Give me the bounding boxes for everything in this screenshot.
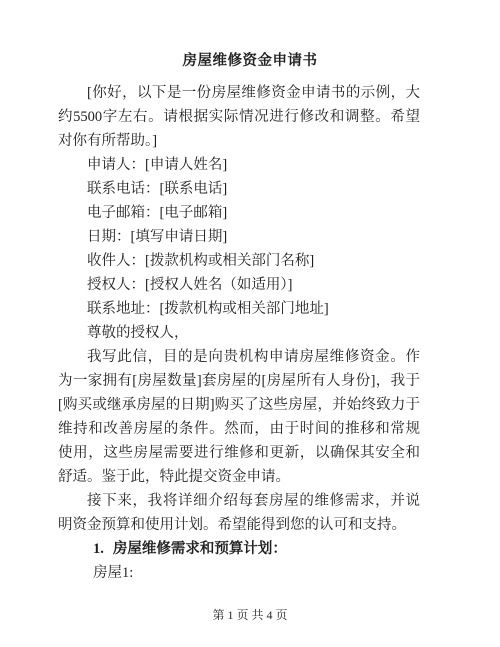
field-line-applicant: 申请人：[申请人姓名]: [58, 153, 420, 177]
page-number-indicator: 第 1 页 共 4 页: [0, 607, 500, 623]
field-line-authorizer: 授权人：[授权人姓名（如适用）]: [58, 273, 420, 297]
document-title: 房屋维修资金申请书: [0, 0, 500, 75]
section-heading: 1.房屋维修需求和预算计划：: [58, 537, 420, 561]
field-line-date: 日期：[填写申请日期]: [58, 225, 420, 249]
document-page: 房屋维修资金申请书 [你好，以下是一份房屋维修资金申请书的示例，大约5500字左…: [0, 0, 500, 647]
field-line-email: 电子邮箱：[电子邮箱]: [58, 201, 420, 225]
intro-note-paragraph: [你好，以下是一份房屋维修资金申请书的示例，大约5500字左右。请根据实际情况进…: [58, 81, 420, 153]
salutation-line: 尊敬的授权人，: [58, 321, 420, 345]
subsection-label-house-1: 房屋1:: [58, 561, 420, 585]
document-body: [你好，以下是一份房屋维修资金申请书的示例，大约5500字左右。请根据实际情况进…: [0, 75, 500, 585]
field-line-contact-address: 联系地址：[拨款机构或相关部门地址]: [58, 297, 420, 321]
body-paragraph-overview: 接下来，我将详细介绍每套房屋的维修需求，并说明资金预算和使用计划。希望能得到您的…: [58, 489, 420, 537]
body-paragraph-purpose: 我写此信，目的是向贵机构申请房屋维修资金。作为一家拥有[房屋数量]套房屋的[房屋…: [58, 345, 420, 489]
field-line-recipient: 收件人：[拨款机构或相关部门名称]: [58, 249, 420, 273]
section-heading-text: 房屋维修需求和预算计划：: [113, 541, 287, 557]
section-heading-number: 1.: [93, 541, 104, 557]
field-line-phone: 联系电话：[联系电话]: [58, 177, 420, 201]
